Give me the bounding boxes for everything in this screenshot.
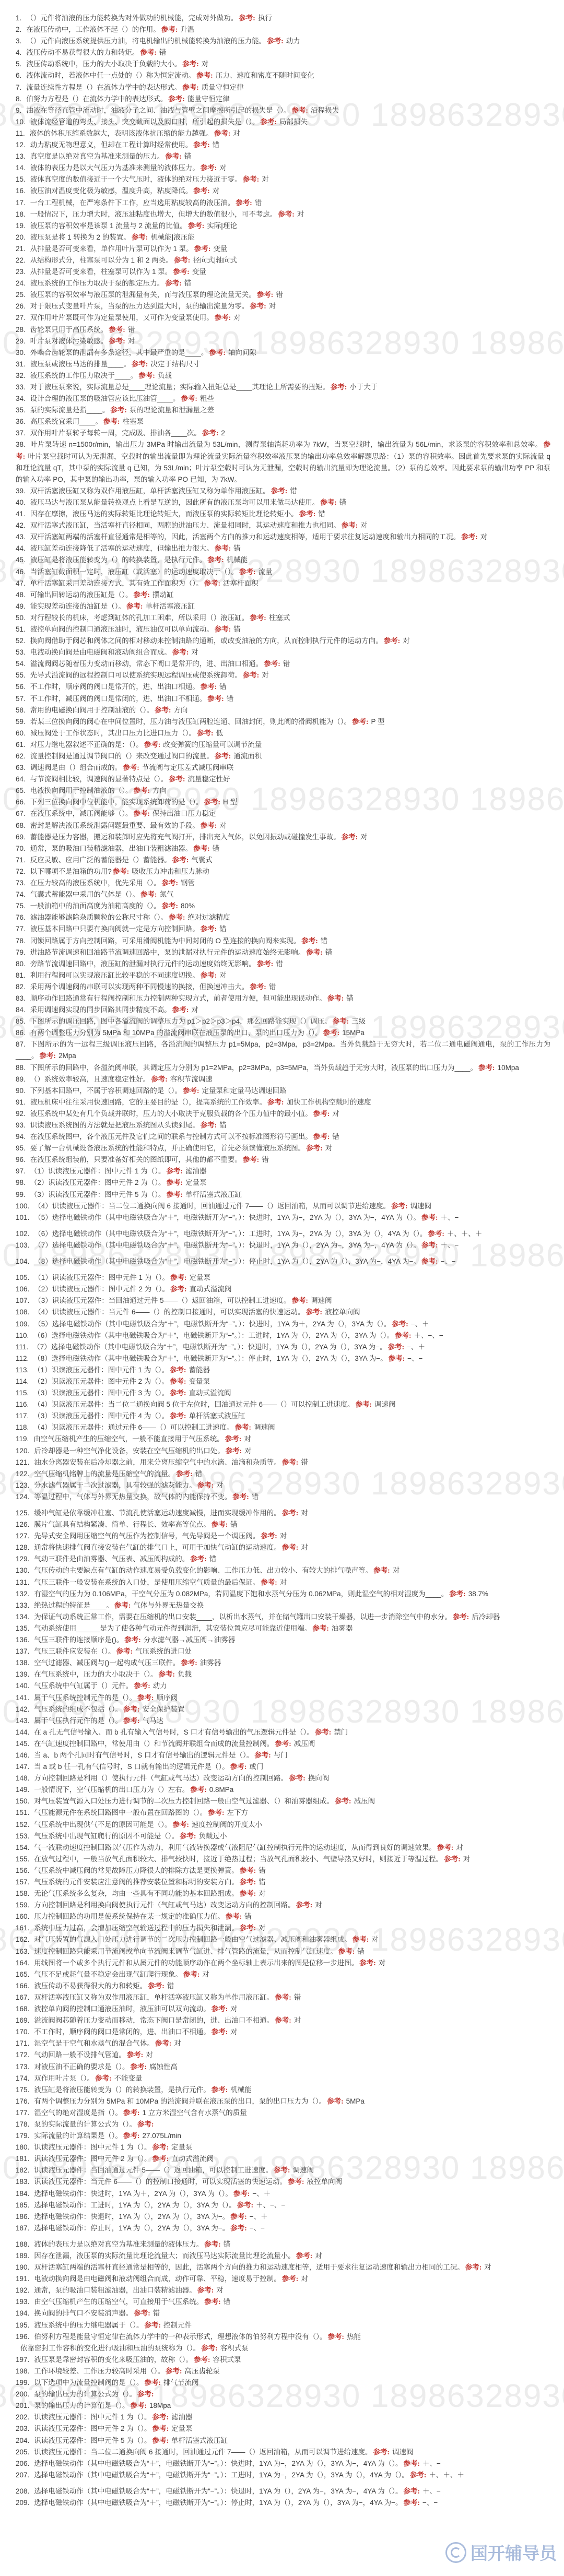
question-text: 泵的输出压力的计算公式为（）。	[34, 2390, 136, 2398]
question-text: 一般油箱中的油面高度为油箱高度的（）。	[30, 902, 161, 910]
question-row: 193.由空气压缩机产生的压缩空气，可直接用于气压系统。参考:错	[16, 2296, 550, 2308]
answer-label: 参考:	[327, 2097, 344, 2105]
question-number: 12.	[16, 141, 26, 149]
question-number: 50.	[16, 614, 26, 622]
question-text: 有两个调整压力分别为 5MPa 和 10MPa 的溢流阀串联在液压泵的出口，泵的…	[30, 1029, 322, 1037]
question-number: 193.	[16, 2298, 29, 2306]
answer-text: 错	[346, 994, 354, 1002]
question-number: 47.	[16, 579, 26, 587]
question-number: 40.	[16, 498, 26, 506]
answer-text: 对	[174, 2039, 181, 2047]
question-number: 46.	[16, 568, 26, 576]
question-text: 液压泵或液压马达的排量____。	[30, 360, 131, 368]
answer-text: 变量	[192, 268, 206, 276]
question-number: 52.	[16, 637, 26, 645]
answer-label: 参考:	[197, 1481, 214, 1489]
question-row: 65.电液换向阀用于控制油液的（）。参考:方向	[16, 785, 550, 797]
answer-label: 参考:	[134, 591, 150, 599]
question-number: 182.	[16, 2166, 29, 2174]
question-number: 167.	[16, 1993, 29, 2001]
answer-label: 参考:	[155, 2039, 172, 2047]
question-text: 气压三联件应安装在（）。	[34, 1647, 115, 1655]
question-text: 液压基本回路中只要有换向阀就一定是方向控制回路。	[30, 925, 199, 933]
question-text: 分水滤气器属于二次过滤器，具有较强的滤灰能力。	[34, 1481, 196, 1489]
question-row: 84.采用调速阀实现的同步回路其同步精度不高。参考:对	[16, 1004, 550, 1016]
question-number: 161.	[16, 1924, 29, 1932]
answer-label: 参考:	[421, 1214, 438, 1221]
question-text: 依靠密封工作容积的变化进行吸油和压油的泵统称为（）。	[20, 2344, 200, 2352]
question-number: 42.	[16, 521, 26, 529]
question-row: 3.（）元件向液压系统提供压力油，将电机输出的机械能转换为油液的压力能。参考:动…	[16, 35, 550, 47]
question-row: 73.在压力较高的液压系统中，优先采用（）。参考:钢管	[16, 877, 550, 889]
question-row: 11.液体的体积压缩系数越大，表明该液体抗压缩的能力越强。参考:对	[16, 128, 550, 139]
question-text: 从排量是否可变来看，单作用叶片泵可以作为 1 泵。	[30, 245, 193, 253]
question-number: 195.	[16, 2321, 29, 2329]
answer-label: 参考:	[207, 695, 224, 703]
answer-label: 参考:	[208, 1809, 225, 1817]
question-number: 165.	[16, 1970, 29, 1978]
answer-label: 参考:	[123, 1705, 140, 1713]
answer-label: 参考:	[342, 833, 358, 841]
question-number: 188.	[16, 2240, 29, 2248]
question-number: 48.	[16, 591, 26, 599]
brand-watermark: 国开辅导员	[445, 2540, 557, 2565]
answer-label: 参考:	[214, 129, 231, 137]
question-row: 190.双杆活塞缸两端的活塞杆直径通常是相等的，因此，活塞两个方向的推力和运动速…	[16, 2262, 550, 2273]
answer-label: 参考:	[211, 2005, 228, 2013]
answer-label: 参考:	[282, 1544, 299, 1551]
answer-text: 液控单向阀	[307, 2178, 343, 2186]
question-row: 207.选择电磁铁动作（其中电磁铁吸合为“＋”，电磁铁断开为“−”。）：工进时，…	[16, 2470, 550, 2481]
answer-text: 容积节流调速	[170, 1075, 213, 1083]
answer-label: 参考:	[327, 994, 344, 1002]
answer-label: 参考:	[194, 245, 211, 253]
question-text: 当 a 或 b 任一孔有气信号时，S 口就有输出的逻辑元件是（）。	[34, 1763, 229, 1771]
question-number: 4.	[16, 49, 21, 56]
answer-text: 错	[294, 1993, 301, 2001]
question-row: 209.选择电磁铁动作（其中电磁铁吸合为“＋”，电磁铁断开为“−”。）：停止时，…	[16, 2497, 550, 2509]
answer-label: 参考:	[182, 84, 199, 91]
answer-text: 滤油器	[171, 2413, 193, 2421]
question-number: 160.	[16, 1913, 29, 1920]
question-row: 152.气压系统中出现供气不足的原因可能是（）。参考:速度控制阀的开度太小	[16, 1819, 550, 1831]
question-number: 169.	[16, 2016, 29, 2024]
question-text: 气压三联件的连接顺序是()。	[34, 1636, 123, 1644]
question-row: 63.调速阀是由（）组合而成的。参考:节流阀与定压差式减压阀串联	[16, 762, 550, 774]
answer-text: ＋、−	[441, 1214, 459, 1221]
answer-label: 参考:	[109, 326, 125, 334]
question-number: 93.	[16, 1121, 26, 1129]
question-row: 122.空气压缩机铭牌上的流量是压缩空气的流量。参考:错	[16, 1468, 550, 1480]
question-text: 液压系统的工作压力取决于泵的额定压力。	[30, 279, 164, 287]
answer-label: 参考:	[170, 1285, 187, 1293]
question-number: 162.	[16, 1936, 29, 1943]
answer-label: 参考:	[152, 2143, 169, 2151]
question-number: 90.	[16, 1087, 26, 1095]
answer-text: 18Mpa	[149, 2402, 171, 2409]
answer-text: 直动式溢流阀	[171, 2155, 214, 2163]
question-number: 111.	[16, 1343, 28, 1351]
question-row: 109.（5）选择电磁铁动作（其中电磁铁吸合为“＋”，电磁铁断开为“−”。）：快…	[16, 1319, 550, 1330]
answer-label: 参考:	[352, 718, 369, 726]
answer-label: 参考:	[275, 2016, 291, 2024]
question-text: （6）选择电磁铁动作（其中电磁铁吸合为“＋”，电磁铁断开为“−”。）：工进时，1…	[34, 1230, 427, 1238]
question-row: 42.双杆活塞式液压缸，当活塞杆直径相同，两腔的进油压力、流量相同时，其运动速度…	[16, 520, 550, 531]
question-row: 24.液压系统的工作压力取决于泵的额定压力。参考:错	[16, 278, 550, 289]
question-row: 12.动力粘度无物理意义，但却在工程计算时经常使用。参考:错	[16, 139, 550, 151]
question-row: 170.不工作时，顺序阀的阀口是常闭的，进、出油口不相通。参考:对	[16, 2026, 550, 2038]
question-row: 105.（1）识读液压元器件：图中元件 1 为（）。参考:定量泵	[16, 1272, 550, 1284]
answer-label: 参考:	[162, 902, 179, 910]
answer-text: 控制元件	[163, 2321, 192, 2329]
answer-label: 参考:	[333, 1017, 349, 1025]
question-number: 96.	[16, 1156, 26, 1164]
question-text: 通常将快速排气阀直接安装在气缸的排气口上，可用于加快气动缸的运动速度。	[34, 1544, 281, 1551]
question-row: 89.（）系统效率较高，且速度稳定性好。参考:容积节流调速	[16, 1074, 550, 1085]
question-text: 液体流经管道的弯头、接头、突变截面以及阀口时，所引起的损失是（）。	[30, 118, 260, 126]
question-number: 76.	[16, 913, 26, 921]
answer-label: 参考:	[168, 95, 185, 103]
answer-label: 参考:	[204, 2298, 221, 2306]
question-row: 47.单杆活塞缸采用差动连接方式，其有效工作面积为（）。参考:活塞杆面积	[16, 578, 550, 589]
question-row: 33.对于液压泵来说，实际流量总是____理论流量；实际输入扭矩总是____其理…	[16, 382, 550, 393]
answer-text: 错	[209, 1555, 217, 1563]
answer-label: 参考:	[123, 1717, 140, 1725]
question-row: 34.设计合理的液压泵的吸油管应该比压油管____。参考:粗些	[16, 393, 550, 405]
question-text: 双作用叶片泵转子每转一周，完成吸、排油各____次。	[30, 429, 201, 437]
answer-text: 气囊式	[191, 856, 213, 864]
answer-label: 参考:	[261, 118, 277, 126]
answer-text: 加快工作机构空载时的速度	[287, 1098, 371, 1106]
question-text: （3）识读液压元器件：图中元件 3 为（）。	[33, 1389, 169, 1397]
question-row: 137.气压三联件应安装在（）。参考:气压系统的进口处	[16, 1646, 550, 1657]
question-number: 170.	[16, 2028, 29, 2036]
answer-text: 单杆活塞式液压缸	[185, 1191, 242, 1198]
answer-label: 参考:	[323, 1029, 340, 1037]
question-row: 180.识读液压元器件：图中元件 1 为（）。参考:定量泵	[16, 2142, 550, 2153]
question-row: 6.液体流动时，若液体中任一点处的（）称为恒定流动。参考:压力、速度和密度不随时…	[16, 70, 550, 81]
answer-text: 定量泵	[171, 2425, 193, 2432]
question-row: 178.泵的实际流量的计算公式为（）。参考:	[16, 2119, 550, 2130]
answer-text: 粗些	[200, 395, 214, 402]
question-text: 双杆活塞缸两端的活塞杆直径通常是相等的，因此，活塞两个方向的推力和运动速度相等，…	[34, 2263, 464, 2271]
answer-label: 参考:	[230, 1763, 247, 1771]
question-number: 174.	[16, 2074, 29, 2082]
question-list: 1.（）元件将油液的压力能转换为对外做功的机械能，完成对外做功。参考:执行 2.…	[0, 0, 564, 2514]
question-row: 186.选择电磁铁动作：快退时，1YA 为（），2YA 为（），3YA 为−。参…	[16, 2211, 550, 2223]
answer-label: 参考:	[167, 1191, 183, 1198]
answer-text: 能量守恒定律	[187, 95, 230, 103]
question-number: 17.	[16, 199, 26, 207]
question-row: 118.（4）识读液压元器件：通过元件 6——（）可以控制工进速度。参考:调速阀	[16, 1422, 550, 1433]
answer-label: 参考:	[373, 1566, 390, 1574]
question-row: 120.后冷却器是一种空气净化设备，安装在空气压缩机的出口处。参考:对	[16, 1445, 550, 1457]
answer-text: 方向	[174, 706, 188, 714]
answer-text: 错	[227, 695, 234, 703]
answer-text: 动力	[153, 1682, 167, 1690]
answer-text: 变量	[213, 245, 227, 253]
brand-watermark-text: 国开辅导员	[471, 2540, 557, 2565]
question-row: 9.油液在等径直管中流动时，油液分子之间、油液与管壁之间摩擦所引起的损失是（）。…	[16, 105, 550, 116]
question-text: （4）识读液压元器件：当二位二通换向阀 5 位于左位时，回油通过元件 6——（）…	[33, 1400, 354, 1408]
question-row: 159.方向控制回路是利用换向阀使执行元件（气缸或气马达）改变运动方向的控制回路…	[16, 1900, 550, 1911]
question-row: 131.气压三联件一般安装在系统的入口处，是使用压缩空气质量的最后保证。参考:对	[16, 1577, 550, 1588]
question-number: 14.	[16, 164, 26, 172]
answer-text: 调速阀	[293, 2166, 314, 2174]
answer-text: 调速阀	[374, 1400, 396, 1408]
answer-label: 参考:	[230, 2213, 247, 2221]
question-number: 127.	[16, 1532, 29, 1540]
answer-text: 定量泵	[185, 1179, 207, 1186]
question-text: 不工作时，顺序阀的阀口是常开的，进、出油口相通。	[30, 683, 199, 691]
answer-text: 定量泵	[171, 2143, 193, 2151]
question-text: 下列三位换向阀中位机能中，能实现系统卸荷的是（）。	[30, 798, 203, 806]
question-row: 123.分水滤气器属于二次过滤器，具有较强的滤灰能力。参考:对	[16, 1480, 550, 1491]
question-number: 179.	[16, 2132, 29, 2140]
question-number: 149.	[16, 1786, 29, 1794]
answer-label: 参考:	[167, 1179, 183, 1186]
question-text: 气动回路一般不设排气管道。	[34, 2051, 126, 2059]
answer-label: 参考:	[110, 406, 127, 414]
answer-label: 参考:	[140, 891, 157, 898]
question-text: 叶片泵转速 n=1500r/min，输出压力 3MPa 时输出流量为 53L/m…	[30, 441, 543, 448]
question-text: （4）识读液压元器件：当元件 6——（）的控制口接通时，可以实现活塞的快速运动。	[34, 1308, 304, 1316]
question-row: 48.可输出回转运动的液压缸是（）。参考:摆动缸	[16, 589, 550, 601]
answer-text: 错	[262, 1156, 269, 1164]
question-row: 38.叶片泵转速 n=1500r/min，输出压力 3MPa 时输出流量为 53…	[16, 439, 550, 485]
question-number: 8.	[16, 95, 21, 103]
answer-text: 错	[332, 1133, 339, 1141]
answer-text: 低	[216, 729, 224, 737]
answer-label: 参考:	[152, 2425, 169, 2432]
question-text: 液控单向阀的控制口通液压油时，液压油可以双向流动。	[34, 2005, 210, 2013]
question-number: 25.	[16, 291, 26, 299]
answer-text: 三级	[351, 1017, 366, 1025]
question-row: 20.液压泵是将 1 转换为 2 的装置。参考:机械能|液压能	[16, 232, 550, 243]
question-row: 98.（2）识读液压元器件：图中元件 2 为（）。参考:定量泵	[16, 1177, 550, 1189]
question-row: 175.液压缸是将液压能转变为（）的转换装置，是执行元件。参考:机械能	[16, 2084, 550, 2096]
question-number: 21.	[16, 245, 26, 253]
answer-text: 错	[283, 660, 290, 668]
question-number: 32.	[16, 372, 26, 379]
answer-label: 参考:	[320, 498, 337, 506]
question-row: 138.空气过滤器、减压阀与()一起构成气压三联件。参考:油雾器	[16, 1657, 550, 1669]
answer-label: 参考:	[391, 1202, 408, 1210]
answer-label: 参考:	[312, 1624, 329, 1632]
question-number: 144.	[16, 1728, 29, 1736]
answer-label: 参考:	[132, 233, 148, 241]
question-number: 133.	[16, 1601, 29, 1609]
question-text: 齿轮泵只用于高压系统。	[30, 326, 108, 334]
answer-label: 参考:	[134, 810, 150, 817]
answer-text: 局部损失	[279, 118, 308, 126]
question-number: 27.	[16, 314, 26, 322]
answer-label: 参考:	[235, 1423, 252, 1431]
answer-label: 参考:	[172, 648, 189, 656]
question-row: 43.双杆活塞缸两端的活塞杆直径通常是相等的，因此，活塞两个方向的推力和运动速度…	[16, 531, 550, 543]
question-row: 204.识读液压元器件：图中元件 5 为（）。参考:单杆活塞式液压缸	[16, 2435, 550, 2447]
brand-logo-icon	[445, 2542, 466, 2563]
answer-text: 5MPa	[346, 2097, 365, 2105]
question-number: 191.	[16, 2275, 29, 2283]
question-text: 从结构形式分，柱塞泵可以分为 1 和 2 两类。	[30, 256, 173, 264]
answer-text: 错	[219, 1121, 227, 1129]
answer-label: 参考:	[182, 60, 199, 68]
question-text: 液压缸是将液压能转变为（）的转换装置，是执行元件。	[30, 556, 207, 564]
answer-label: 参考:	[145, 2379, 161, 2387]
answer-label: 参考:	[215, 752, 231, 760]
question-number: 105.	[16, 1274, 29, 1281]
answer-text: −、−	[250, 2224, 265, 2232]
question-text: 液压泵是靠密封容积的变化来吸压油的，故称（）。	[34, 2356, 193, 2364]
answer-text: −、−	[422, 2499, 438, 2507]
question-number: 104.	[16, 1257, 29, 1265]
question-number: 80.	[16, 960, 26, 968]
question-number: 44.	[16, 544, 26, 552]
answer-text: −、−	[441, 1257, 456, 1265]
answer-label: 参考:	[201, 164, 217, 172]
question-text: 因存在泄漏，液压泵的实际流量比理论流量大；而液压马达实际流量比理论流量小。	[34, 2252, 295, 2260]
question-row: 52.换向阀借助于阀芯和阀体之间的相对移动来控制油路的通断，或改变油液的方向，从…	[16, 635, 550, 647]
answer-text: 对	[202, 60, 209, 68]
answer-text: 错	[258, 1867, 266, 1874]
question-number: 13.	[16, 152, 26, 160]
question-number: 205.	[16, 2448, 29, 2456]
question-number: 99.	[16, 1191, 26, 1198]
answer-label: 参考:	[204, 2240, 221, 2248]
answer-text: 错	[357, 1948, 365, 1955]
question-row: 80.旁路节流调速回路中，液压缸的泄漏对执行元件的运动速度始终无影响。参考:错	[16, 958, 550, 970]
question-row: 61.对压力继电器叙述不正确的是：（）。参考:改变弹簧的压缩量可以调节流量	[16, 739, 550, 751]
question-number: 34.	[16, 395, 26, 402]
question-row: 107.（3）识读液压元器件：当回油通过元件 5——（）返回油箱，可以控制工进速…	[16, 1295, 550, 1307]
answer-label: 参考:	[151, 1075, 168, 1083]
answer-text: P 型	[371, 718, 385, 726]
answer-label: 参考:	[162, 879, 179, 887]
answer-text: 对	[403, 637, 410, 645]
question-text: 气一液联动速度控制回路以气压作为动力，利用气液转换器或气液阻尼气缸控制执行元件的…	[34, 1844, 436, 1851]
question-text: （1）识读液压元器件：图中元件 1 为（）。	[34, 1274, 169, 1281]
answer-label: 参考:	[449, 1590, 466, 1598]
question-text: 属于气压系统控制元件的是（）。	[34, 1694, 136, 1702]
question-number: 107.	[16, 1297, 29, 1304]
question-row: 200.泵的输出压力的计算公式为（）。参考:	[16, 2389, 550, 2400]
answer-text: 错	[159, 49, 167, 56]
answer-label: 参考:	[267, 1098, 284, 1106]
question-number: 164.	[16, 1959, 29, 1967]
answer-text: 对	[360, 833, 368, 841]
answer-text: 错	[213, 141, 220, 149]
question-text: 对行程较长的机床，考虑到缸体的孔加工困难，所以采用（）液压缸。	[30, 614, 249, 622]
answer-label: 参考:	[209, 349, 226, 357]
question-row: 154.气一液联动速度控制回路以气压作为动力，利用气液转换器或气液阻尼气缸控制执…	[16, 1842, 550, 1854]
question-text: 顺序动作回路通常有行程阀控制和压力控制两种实现方式，前者使用方便，但可能出现误动…	[30, 994, 326, 1002]
answer-label: 参考:	[193, 187, 210, 195]
answer-text: 对	[315, 1901, 322, 1909]
question-text: 真空度是以绝对真空为基准来测量的压力。	[30, 152, 164, 160]
question-row: 31.液压泵或液压马达的排量____。参考:决定于结构尺寸	[16, 359, 550, 370]
question-text: 流量连续性方程是（）在流体力学中的表达形式。	[26, 84, 181, 91]
question-number: 92.	[16, 1110, 26, 1118]
question-number: 81.	[16, 971, 26, 979]
question-text: 在放气过程中，一般当放气孔面积较大、排气较快时，接近于绝热过程；当放气孔面积较小…	[34, 1855, 443, 1863]
answer-text: 沿程损失	[311, 106, 339, 114]
question-text: 在液压系统中，减压阀能够（）。	[30, 810, 133, 817]
answer-text: 对	[128, 337, 135, 345]
question-number: 141.	[16, 1694, 29, 1702]
question-row: 64.与节流阀相比较，调速阀的显著特点是（）。参考:流量稳定性好	[16, 774, 550, 785]
question-row: 25.液压泵的容积效率与液压泵的泄漏量有关，而与液压泵的理论流量无关。参考:错	[16, 289, 550, 301]
question-text: （3）识读液压元器件：图中元件 5 为（）。	[30, 1191, 166, 1198]
question-number: 79.	[16, 948, 26, 956]
question-number: 60.	[16, 729, 26, 737]
answer-label: 参考:	[196, 72, 213, 79]
question-row: 78.闭锁回路属于方向控制回路，可采用滑阀机能为中间封闭的 O 型连接的换向阀来…	[16, 935, 550, 947]
answer-text: 容积式泵	[213, 2356, 241, 2364]
answer-label: 参考:	[389, 1355, 405, 1362]
question-number: 19.	[16, 222, 26, 230]
question-number: 70.	[16, 845, 26, 852]
question-row: 132.有湿空气的压力为 0.106MPa，干空气分压为 0.082MPa，若同…	[16, 1588, 550, 1600]
answer-label: 参考:	[404, 2460, 420, 2467]
answer-label: 参考:	[170, 1378, 186, 1385]
answer-text: 禁门	[334, 1728, 348, 1736]
answer-label: 参考:	[236, 199, 252, 207]
answer-text: 或门	[249, 1763, 263, 1771]
question-text: 选择电磁铁动作（其中电磁铁吸合为“＋”，电磁铁断开为“−”。）：快进时，1YA …	[34, 2460, 402, 2467]
answer-text: 对	[230, 2028, 238, 2036]
answer-text: 错	[233, 625, 241, 633]
question-text: 无论气压系统多么复杂，均由一些具有不同功能的基本回路组成。	[34, 1890, 239, 1897]
question-row: 124.等温过程中，气体与外界无热量交换，故气体的内能保持不变。参考:错	[16, 1491, 550, 1503]
question-row: 160.压力控制回路的功用是使系统保持在某一规定的准确压力值。参考:错	[16, 1911, 550, 1922]
question-text: 要了解一台机械设备液压系统的性能和特点，并正确使用它，首先必须读懂液压系统图。	[30, 1144, 305, 1152]
answer-label: 参考:	[225, 1435, 242, 1443]
question-text: 密封是解决液压系统泄露问题最重要、最有效的手段。	[30, 822, 199, 829]
answer-text: 对	[301, 2275, 308, 2283]
answer-text: 错	[321, 937, 328, 945]
question-text: 识读液压元器件：图中元件 2 为（）。	[34, 2425, 151, 2432]
question-text: 双作用叶片泵既可作为定量泵使用，又可作为变量泵使用。	[30, 314, 214, 322]
answer-label: 参考:	[296, 1901, 313, 1909]
question-text: （5）选择电磁铁动作（其中电磁铁吸合为“＋”，电磁铁断开为“−”。）：快进时，1…	[34, 1214, 420, 1221]
answer-label: 参考:	[103, 418, 120, 425]
question-number: 173.	[16, 2063, 29, 2071]
answer-text: 错	[318, 510, 325, 518]
answer-label: 参考:	[134, 1682, 150, 1690]
answer-label: 参考:	[181, 1659, 197, 1667]
question-number: 10.	[16, 118, 26, 126]
question-row: 173.对液压油不正确的要求是（）。参考:腐蚀性高	[16, 2061, 550, 2073]
question-text: 调速阀是由（）组合而成的。	[30, 764, 122, 771]
question-number: 61.	[16, 741, 26, 749]
question-number: 108.	[16, 1308, 29, 1316]
question-text: 高压系统宜采用____。	[30, 418, 102, 425]
answer-label: 参考:	[461, 533, 478, 541]
answer-label: 参考:	[170, 1366, 186, 1374]
question-number: 124.	[16, 1493, 29, 1501]
question-text: 液体的表压力是以大气压力为基准来测量的液体压力。	[30, 164, 199, 172]
answer-text: 左下方	[227, 1809, 249, 1817]
answer-label: 参考:	[275, 1740, 291, 1748]
answer-label: 参考:	[166, 2367, 182, 2375]
question-number: 57.	[16, 695, 26, 703]
question-text: （2）识读液压元器件：图中元件 2 为（）。	[34, 1285, 169, 1293]
question-row: 146.当 a、b 两个孔同时有气信号时，S 口才有信号输出的逻辑元件是（）。参…	[16, 1750, 550, 1761]
answer-text: 对	[301, 1509, 308, 1517]
question-text: 选择电磁铁动作：快退时，1YA 为（），2YA 为（），3YA 为−。	[34, 2213, 229, 2221]
answer-text: 流量	[258, 568, 273, 576]
